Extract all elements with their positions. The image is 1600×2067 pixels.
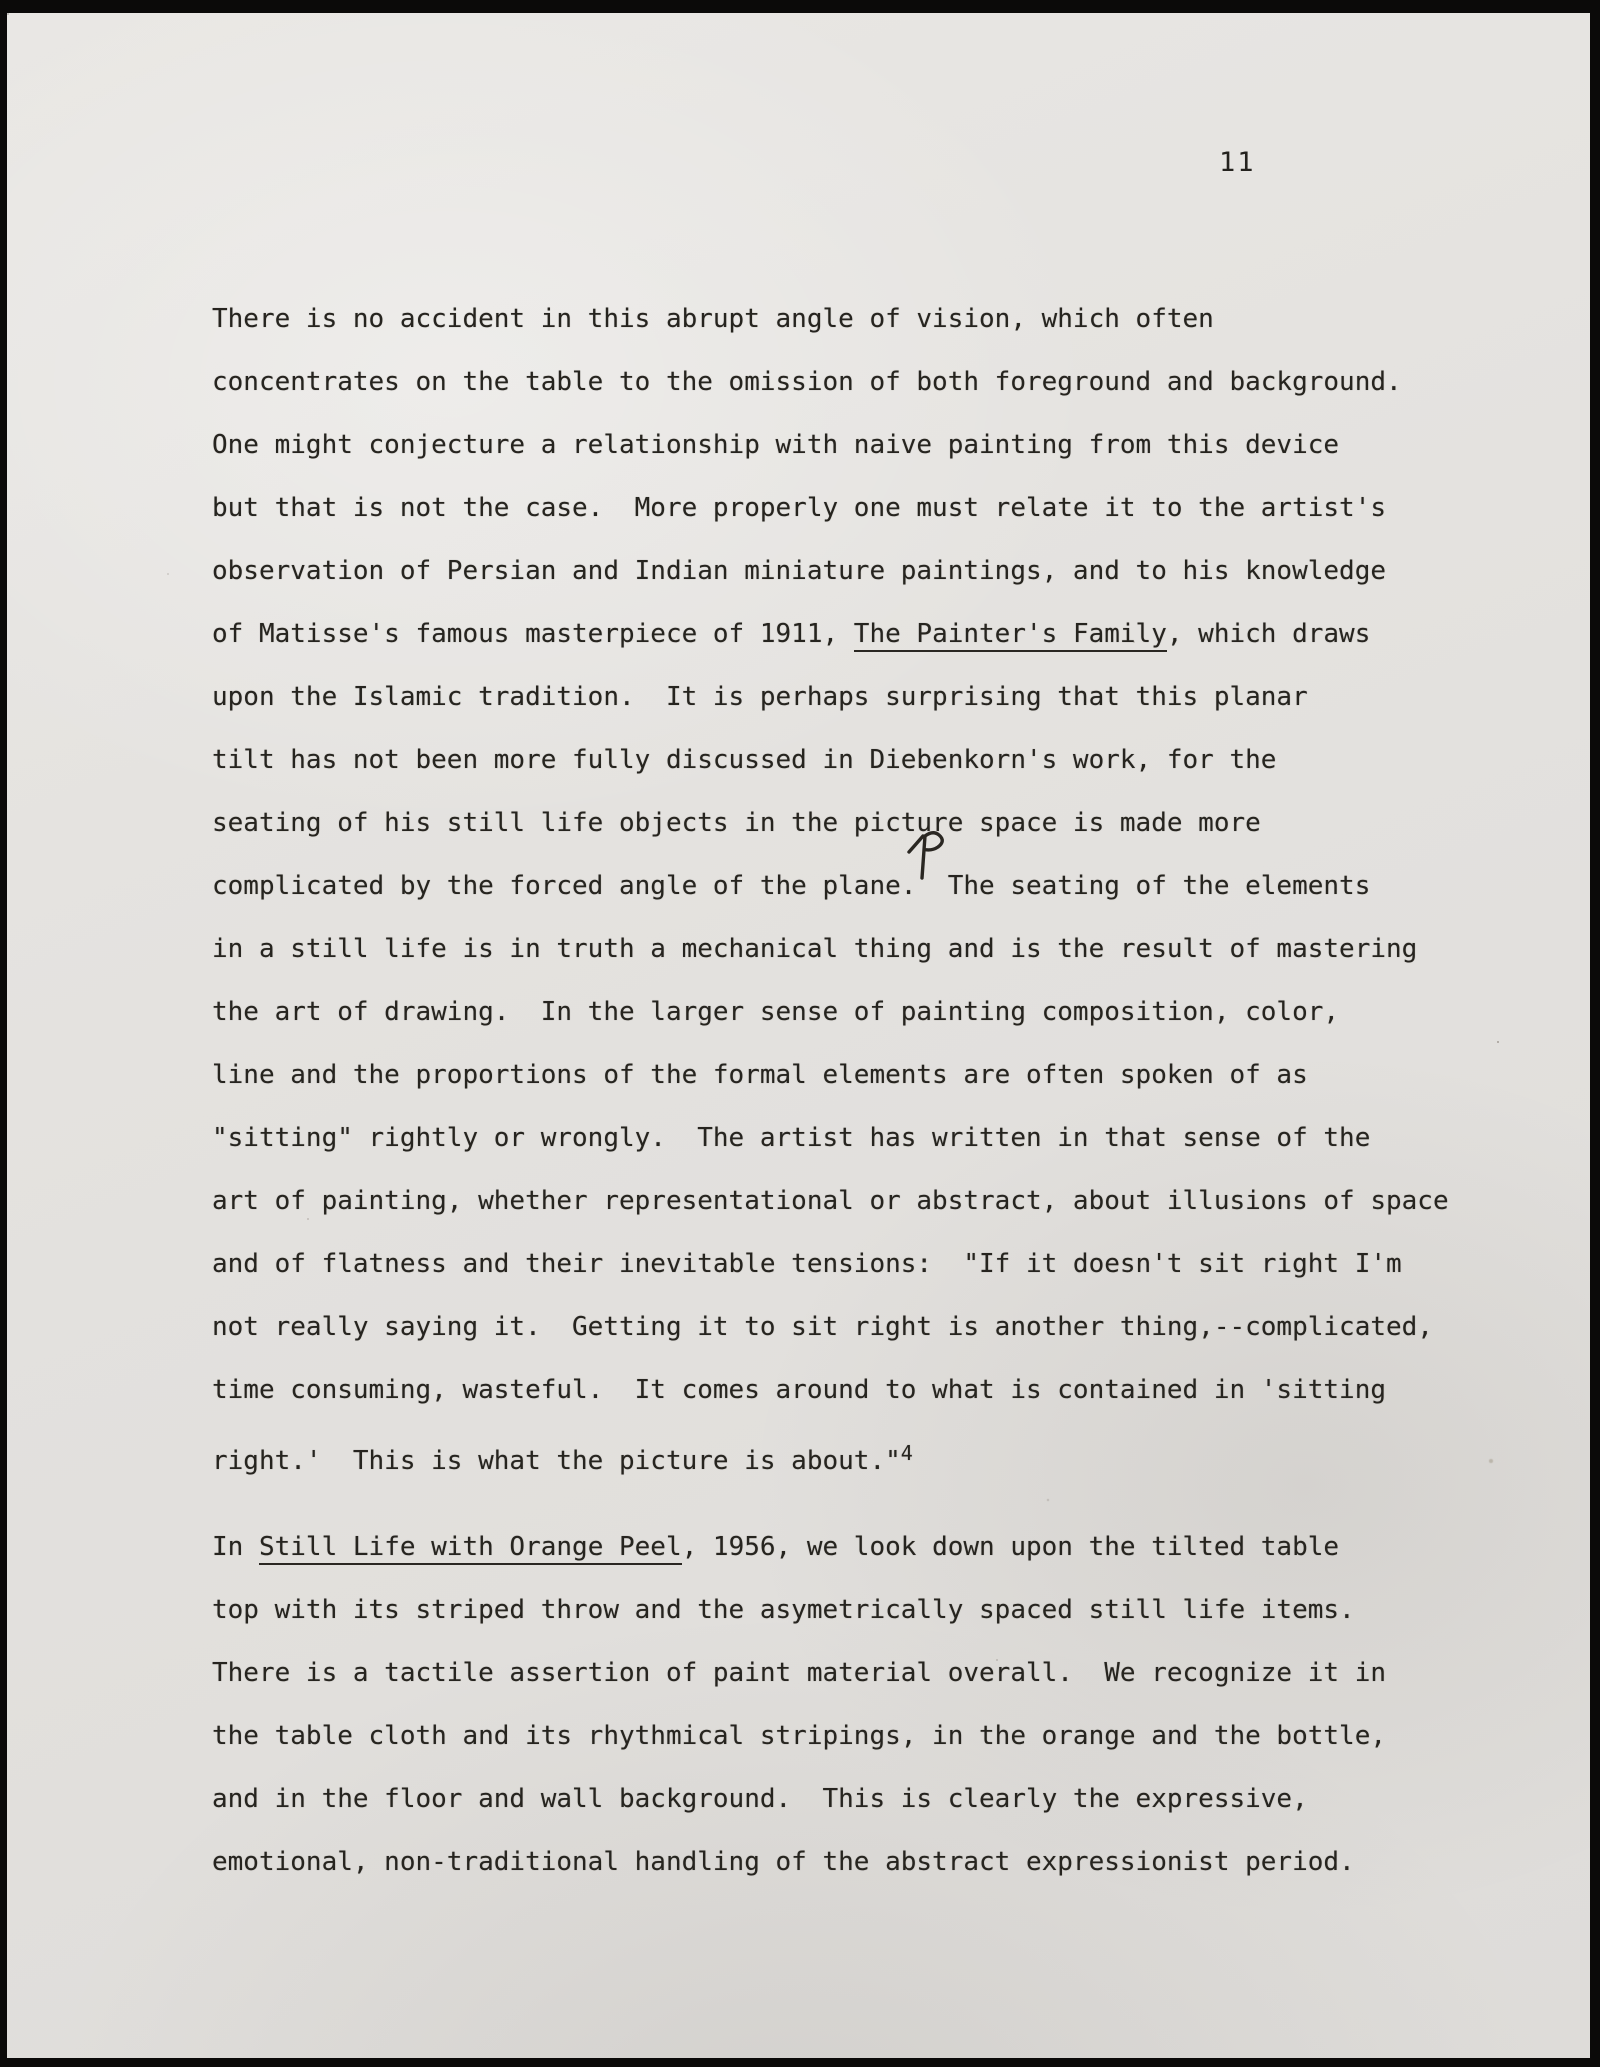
text-run: upon the Islamic tradition. It is perhap… [212,682,1308,712]
text-run: and of flatness and their inevitable ten… [212,1249,1402,1279]
text-line: tilt has not been more fully discussed i… [212,729,1542,792]
underlined-title: Still Life with Orange Peel [259,1532,682,1565]
text-line: observation of Persian and Indian miniat… [212,540,1542,603]
text-run: but that is not the case. More properly … [212,493,1386,523]
document-body: There is no accident in this abrupt angl… [212,288,1542,1894]
text-run: observation of Persian and Indian miniat… [212,556,1386,586]
scanned-typescript-page: 11 There is no accident in this abrupt a… [0,0,1600,2067]
text-run: emotional, non-traditional handling of t… [212,1847,1355,1877]
text-line: line and the proportions of the formal e… [212,1044,1542,1107]
paragraph: There is no accident in this abrupt angl… [212,288,1542,1485]
text-run: There is no accident in this abrupt angl… [212,304,1214,334]
paragraph: In Still Life with Orange Peel, 1956, we… [212,1516,1542,1894]
text-line: and in the floor and wall background. Th… [212,1768,1542,1831]
text-line: of Matisse's famous masterpiece of 1911,… [212,603,1542,666]
text-run: the art of drawing. In the larger sense … [212,997,1339,1027]
text-run: , which draws [1167,619,1371,649]
text-line: time consuming, wasteful. It comes aroun… [212,1359,1542,1422]
text-line: upon the Islamic tradition. It is perhap… [212,666,1542,729]
text-run: not really saying it. Getting it to sit … [212,1312,1433,1342]
text-line: There is no accident in this abrupt angl… [212,288,1542,351]
text-run: top with its striped throw and the asyme… [212,1595,1355,1625]
text-run: seating of his still life objects in the… [212,808,1261,838]
footnote-superscript: 4 [901,1441,913,1465]
text-line: concentrates on the table to the omissio… [212,351,1542,414]
page-number: 11 [1219,147,1256,179]
text-run: One might conjecture a relationship with… [212,430,1339,460]
text-run: of Matisse's famous masterpiece of 1911, [212,619,854,649]
text-line: One might conjecture a relationship with… [212,414,1542,477]
text-run: right.' This is what the picture is abou… [212,1446,901,1476]
text-run: the table cloth and its rhythmical strip… [212,1721,1386,1751]
text-line: the table cloth and its rhythmical strip… [212,1705,1542,1768]
text-line: complicated by the forced angle of the p… [212,855,1542,918]
text-run: In [212,1532,259,1562]
text-run: There is a tactile assertion of paint ma… [212,1658,1386,1688]
text-run: "sitting" rightly or wrongly. The artist… [212,1123,1370,1153]
text-run: concentrates on the table to the omissio… [212,367,1402,397]
text-run: in a still life is in truth a mechanical… [212,934,1417,964]
text-run: complicated by the forced angle of the p… [212,871,916,901]
text-line: art of painting, whether representationa… [212,1170,1542,1233]
text-run: art of painting, whether representationa… [212,1186,1449,1216]
text-line: seating of his still life objects in the… [212,792,1542,855]
text-line: and of flatness and their inevitable ten… [212,1233,1542,1296]
text-line: the art of drawing. In the larger sense … [212,981,1542,1044]
text-line: "sitting" rightly or wrongly. The artist… [212,1107,1542,1170]
text-run: time consuming, wasteful. It comes aroun… [212,1375,1386,1405]
text-line: but that is not the case. More properly … [212,477,1542,540]
text-run: and in the floor and wall background. Th… [212,1784,1308,1814]
text-run: The seating of the elements [916,871,1370,901]
text-line: emotional, non-traditional handling of t… [212,1831,1542,1894]
text-run: , 1956, we look down upon the tilted tab… [682,1532,1339,1562]
text-line: top with its striped throw and the asyme… [212,1579,1542,1642]
text-line: right.' This is what the picture is abou… [212,1422,1542,1485]
text-line: In Still Life with Orange Peel, 1956, we… [212,1516,1542,1579]
text-run: line and the proportions of the formal e… [212,1060,1308,1090]
text-line: There is a tactile assertion of paint ma… [212,1642,1542,1705]
underlined-title: The Painter's Family [854,619,1167,652]
text-run: tilt has not been more fully discussed i… [212,745,1276,775]
paper-sheet: 11 There is no accident in this abrupt a… [7,13,1590,2058]
text-line: in a still life is in truth a mechanical… [212,918,1542,981]
text-line: not really saying it. Getting it to sit … [212,1296,1542,1359]
